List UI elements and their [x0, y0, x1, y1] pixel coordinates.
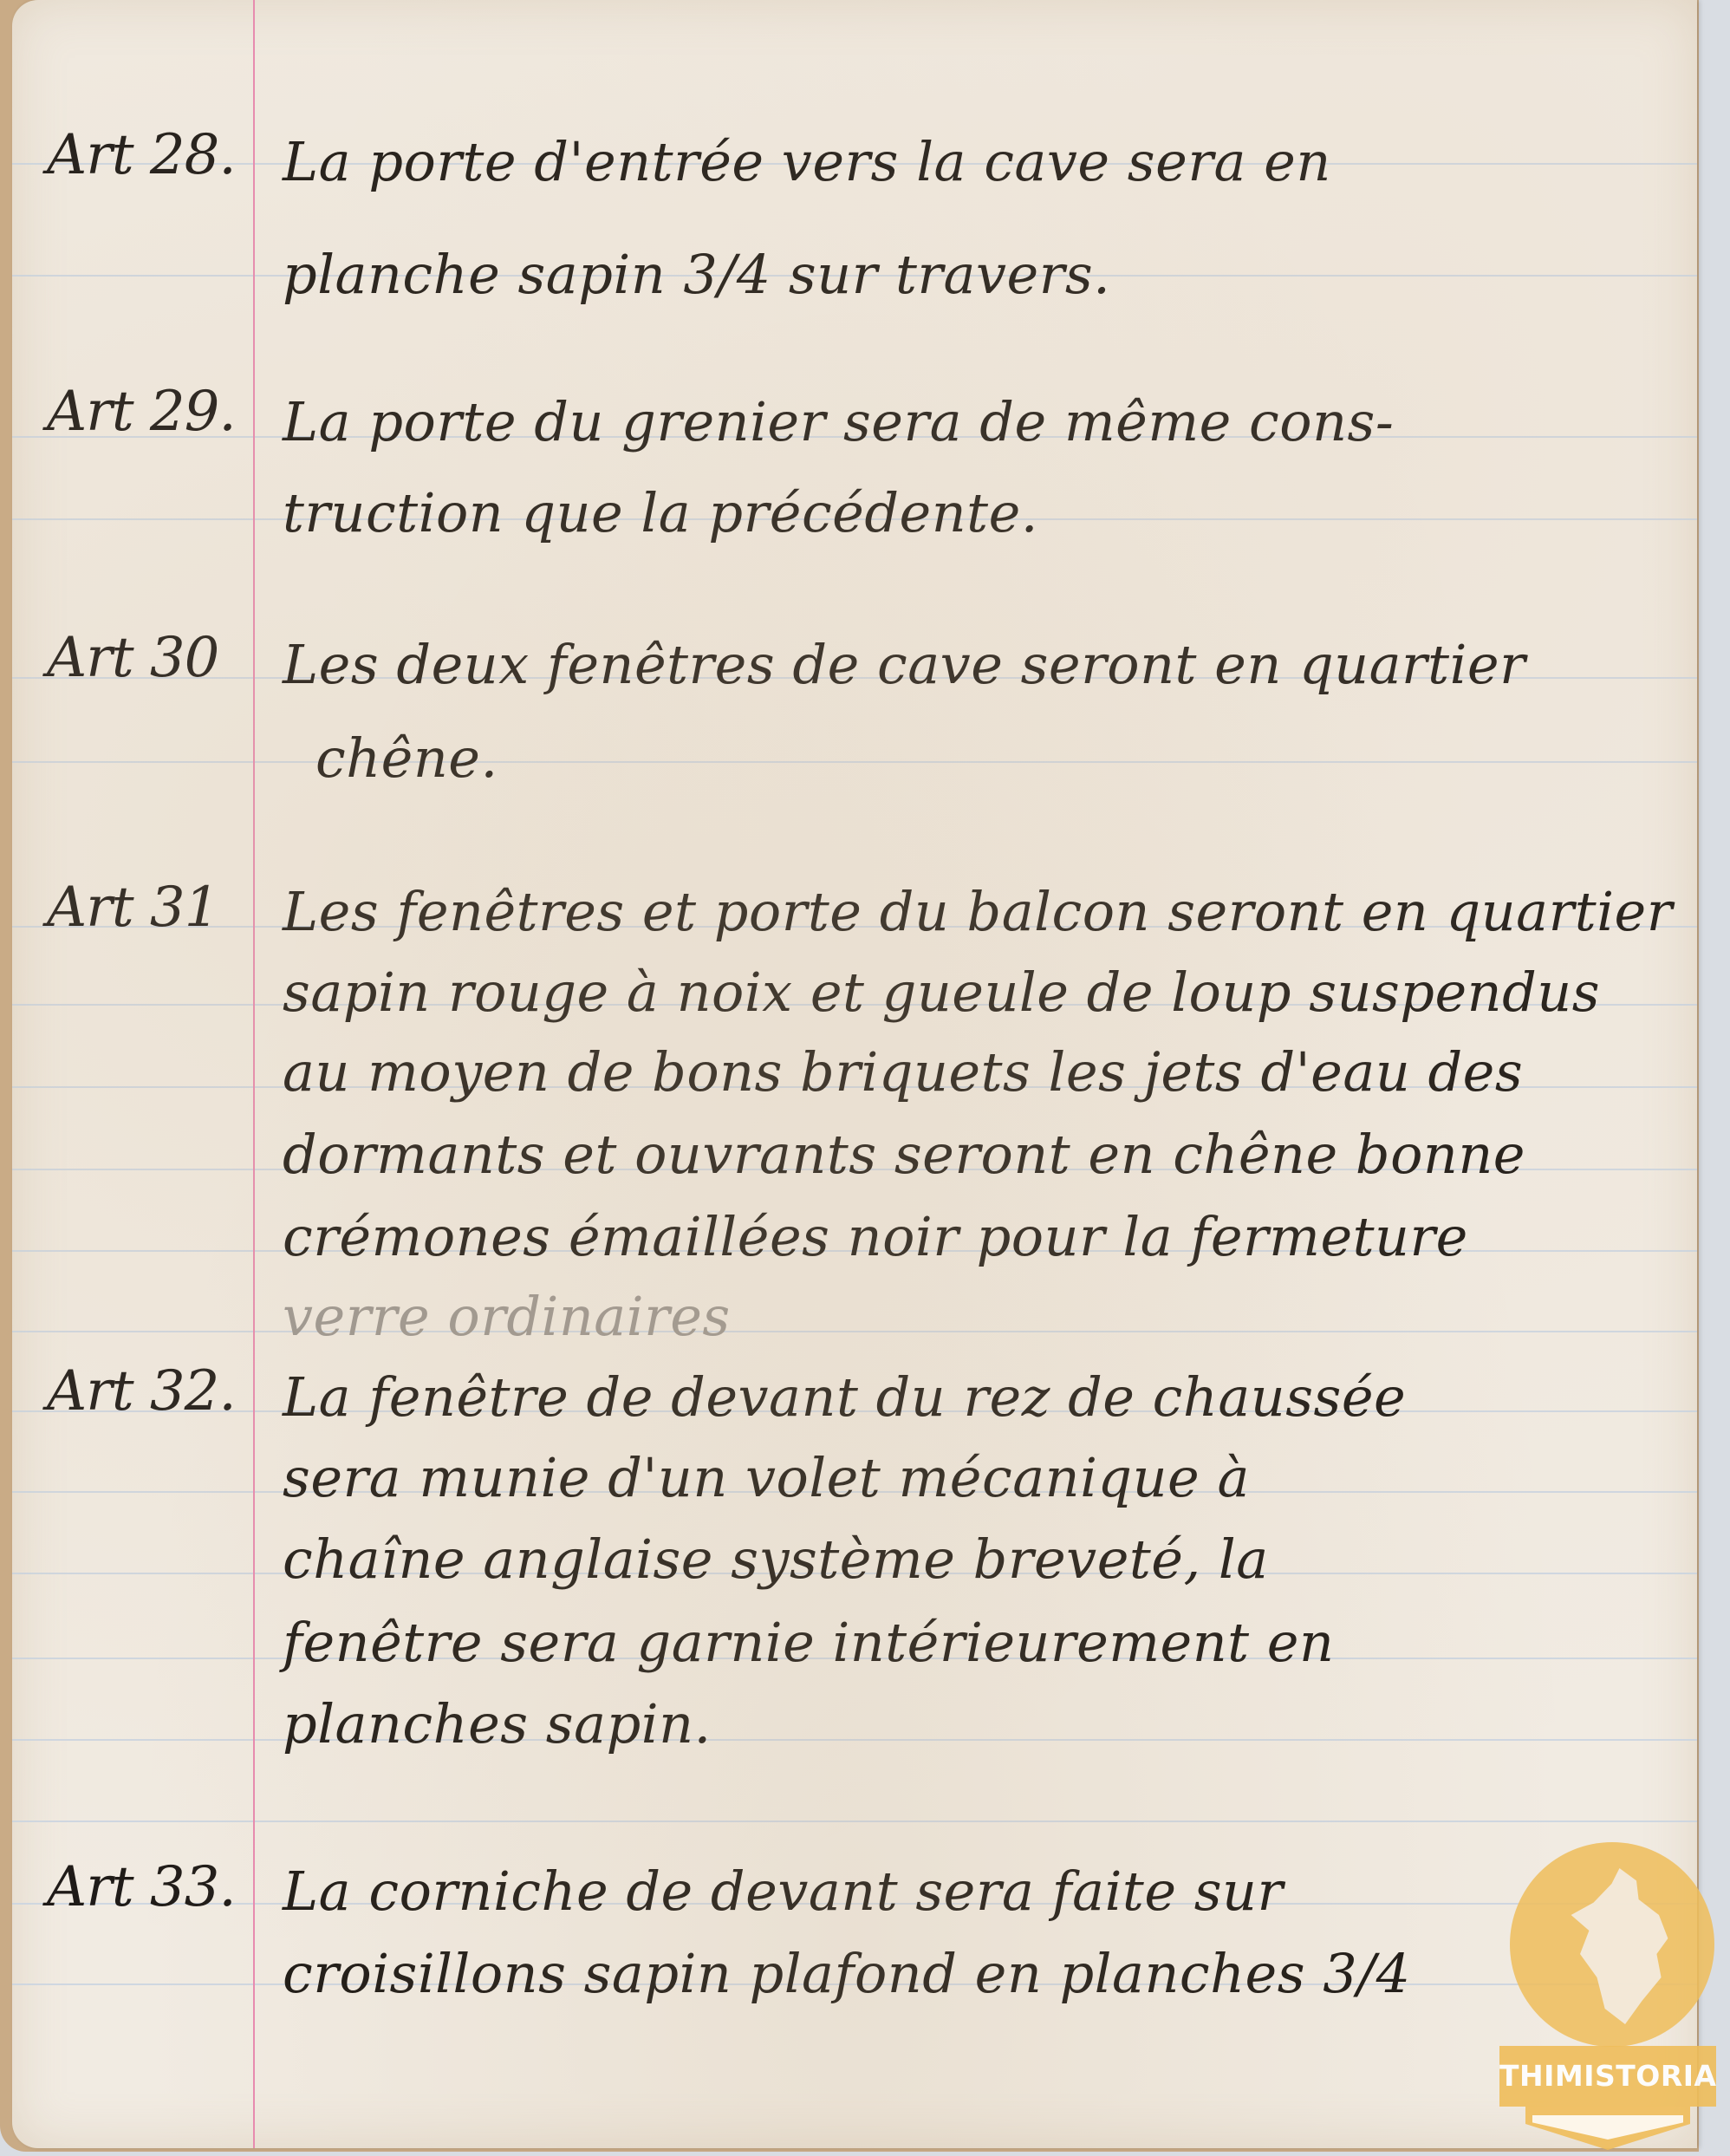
article-label: Art 29. — [47, 380, 255, 444]
open-book-page-icon — [1532, 2115, 1683, 2140]
article-line: planche sapin 3/4 sur travers. — [283, 243, 1645, 306]
article-label: Art 28. — [47, 123, 255, 187]
margin-line — [253, 0, 255, 2148]
article-line: La fenêtre de devant du rez de chaussée — [283, 1365, 1645, 1429]
article-line: au moyen de bons briquets les jets d'eau… — [283, 1040, 1645, 1104]
article-label: Art 32. — [47, 1359, 255, 1423]
article-line: La porte d'entrée vers la cave sera en — [283, 130, 1645, 193]
article-line: truction que la précédente. — [283, 481, 1645, 544]
notebook-page: Art 28. La porte d'entrée vers la cave s… — [12, 0, 1697, 2148]
article-label: Art 31 — [47, 876, 255, 940]
article-line: Les fenêtres et porte du balcon seront e… — [283, 880, 1645, 943]
article-label: Art 30 — [47, 626, 255, 690]
article-line: La porte du grenier sera de même cons- — [283, 390, 1645, 453]
ruled-line — [12, 1821, 1697, 1822]
article-line: La corniche de devant sera faite sur — [283, 1860, 1645, 1923]
watermark-text: THIMISTORIA — [1499, 2046, 1716, 2107]
article-line: sapin rouge à noix et gueule de loup sus… — [283, 961, 1645, 1024]
article-line: dormants et ouvrants seront en chêne bon… — [283, 1123, 1645, 1186]
article-line: sera munie d'un volet mécanique à — [283, 1446, 1645, 1509]
article-line: croisillons sapin plafond en planches 3/… — [283, 1942, 1645, 2005]
article-line: chêne. — [315, 726, 1645, 790]
article-line: Les deux fenêtres de cave seront en quar… — [283, 633, 1645, 696]
article-line: crémones émaillées noir pour la fermetur… — [283, 1205, 1645, 1268]
article-label: Art 33. — [47, 1855, 255, 1919]
article-line: chaîne anglaise système breveté, la — [283, 1527, 1645, 1591]
pencil-note: verre ordinaires — [283, 1285, 1645, 1348]
article-line: fenêtre sera garnie intérieurement en — [283, 1611, 1645, 1674]
article-line: planches sapin. — [283, 1692, 1645, 1755]
thimistoria-watermark: THIMISTORIA — [1499, 1842, 1716, 2156]
